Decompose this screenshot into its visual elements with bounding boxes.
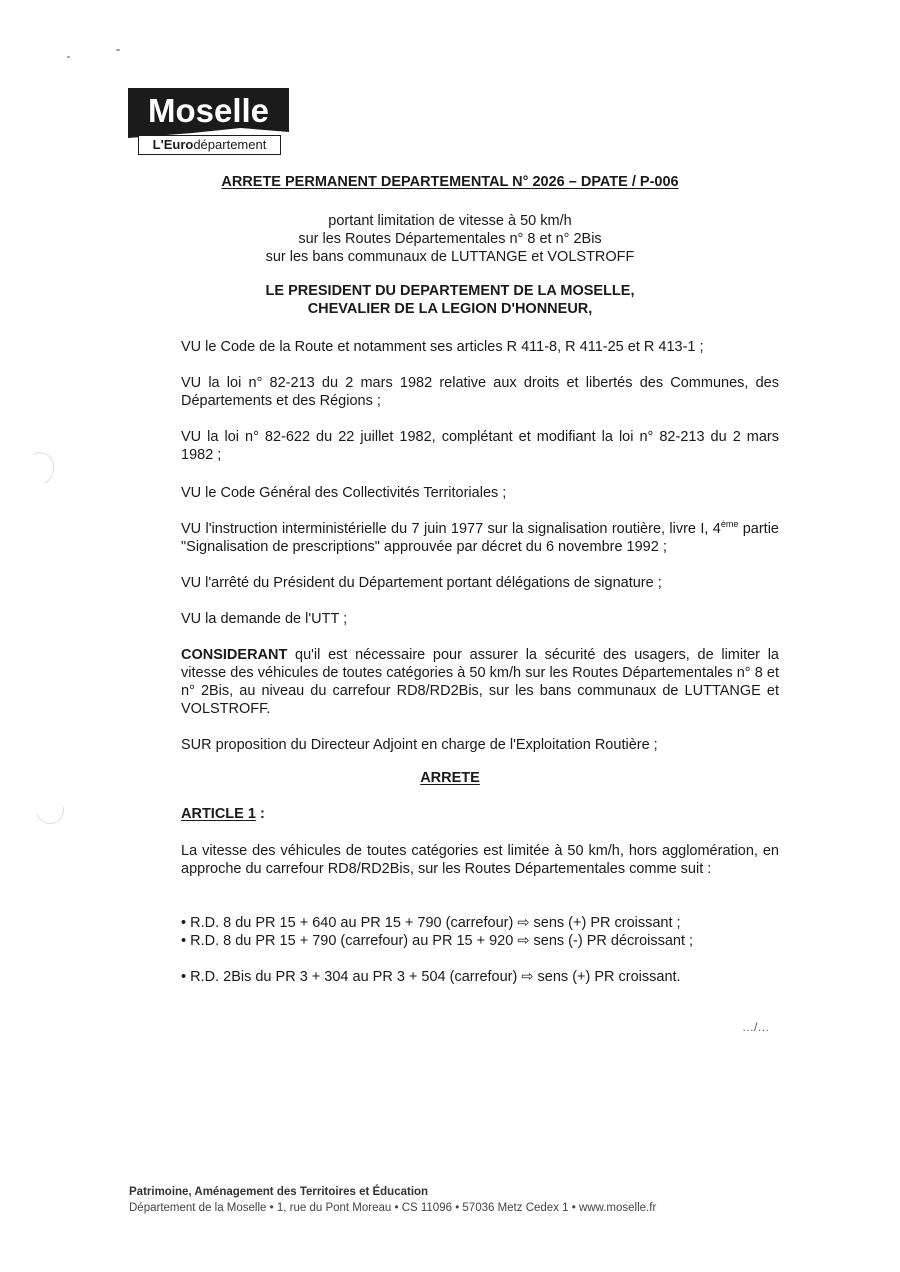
article-1-bullet: • R.D. 8 du PR 15 + 790 (carrefour) au P… [181,932,693,950]
document-subtitle: portant limitation de vitesse à 50 km/h … [0,212,900,266]
considerant-label: CONSIDERANT [181,647,287,663]
president-heading: LE PRESIDENT DU DEPARTEMENT DE LA MOSELL… [0,282,900,318]
article-1-heading: ARTICLE 1 : [181,806,265,822]
subtitle-line: sur les bans communaux de LUTTANGE et VO… [0,248,900,266]
logo-tagline-bold: L'Euro [153,137,194,152]
visa-paragraph: VU la demande de l'UTT ; [181,610,779,628]
continuation-mark: …/… [742,1020,769,1034]
document-title-text: ARRETE PERMANENT DEPARTEMENTAL N° 2026 –… [221,174,678,190]
footer-department-name: Patrimoine, Aménagement des Territoires … [129,1186,428,1198]
visa-paragraph: VU le Code Général des Collectivités Ter… [181,484,779,502]
visa-paragraph: VU l'arrêté du Président du Département … [181,574,779,592]
document-title: ARRETE PERMANENT DEPARTEMENTAL N° 2026 –… [0,174,900,190]
visa-text: VU l'instruction interministérielle du 7… [181,521,721,537]
arrete-heading: ARRETE [0,770,900,786]
arrete-heading-text: ARRETE [420,770,480,786]
article-1-bullet: • R.D. 8 du PR 15 + 640 au PR 15 + 790 (… [181,914,681,932]
visa-paragraph: VU la loi n° 82-213 du 2 mars 1982 relat… [181,374,779,410]
moselle-logo: Moselle L'Eurodépartement [128,88,289,158]
article-1-heading-text: ARTICLE 1 [181,806,256,822]
subtitle-line: portant limitation de vitesse à 50 km/h [0,212,900,230]
president-line: CHEVALIER DE LA LEGION D'HONNEUR, [0,300,900,318]
scan-speck [67,56,70,58]
logo-wordmark: Moselle [128,88,289,138]
visa-paragraph: VU le Code de la Route et notamment ses … [181,338,779,356]
considerant-paragraph: CONSIDERANT qu'il est nécessaire pour as… [181,646,779,718]
visa-paragraph: VU l'instruction interministérielle du 7… [181,520,779,556]
proposition-paragraph: SUR proposition du Directeur Adjoint en … [181,736,779,754]
visa-paragraph: VU la loi n° 82-622 du 22 juillet 1982, … [181,428,779,464]
footer-address: Département de la Moselle • 1, rue du Po… [129,1202,656,1214]
logo-tagline-rest: département [193,137,266,152]
visa-superscript: ème [721,519,739,529]
article-1-bullet: • R.D. 2Bis du PR 3 + 304 au PR 3 + 504 … [181,968,681,986]
subtitle-line: sur les Routes Départementales n° 8 et n… [0,230,900,248]
article-1-intro: La vitesse des véhicules de toutes catég… [181,842,779,878]
scan-speck [116,49,120,51]
article-1-heading-suffix: : [256,806,265,822]
punch-hole-mark [31,791,69,829]
logo-tagline: L'Eurodépartement [138,135,281,155]
punch-hole-mark [19,448,59,490]
president-line: LE PRESIDENT DU DEPARTEMENT DE LA MOSELL… [0,282,900,300]
